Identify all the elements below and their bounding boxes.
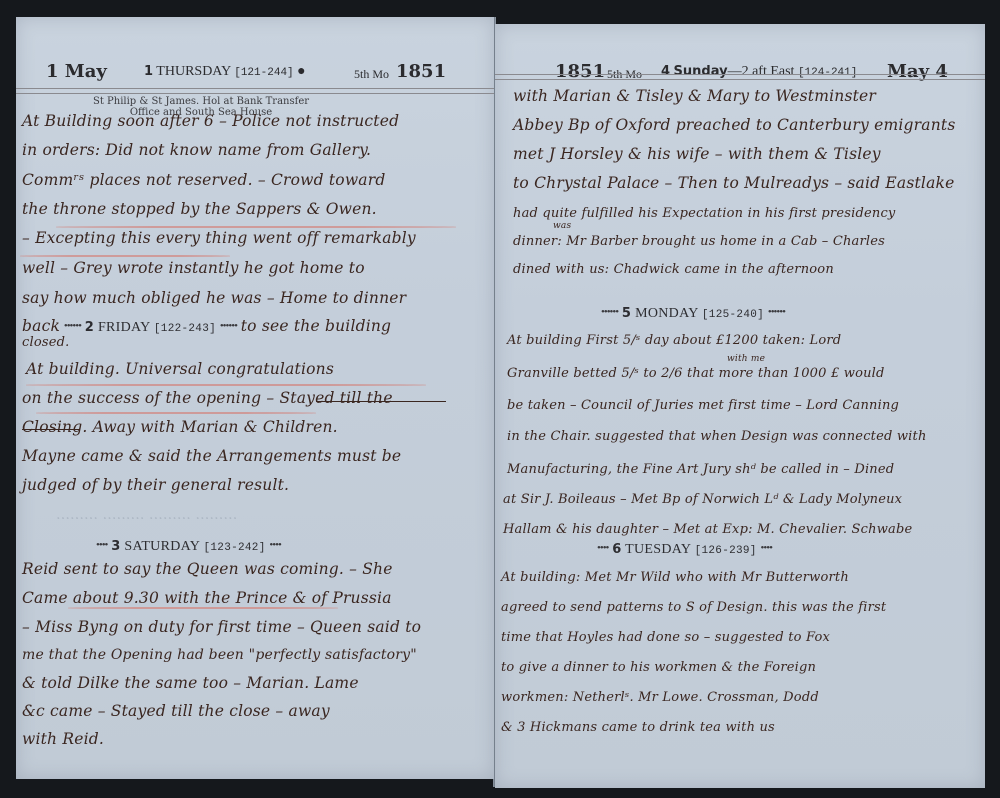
handwritten-line: Abbey Bp of Oxford preached to Canterbur… bbox=[513, 116, 955, 134]
header-rule bbox=[495, 74, 985, 80]
handwritten-line: Closing. Away with Marian & Children. bbox=[22, 418, 338, 436]
handwritten-line: to Chrystal Palace – Then to Mulreadys –… bbox=[513, 174, 955, 192]
handwritten-line: & 3 Hickmans came to drink tea with us bbox=[501, 720, 775, 735]
handwritten-line: dined with us: Chadwick came in the afte… bbox=[513, 262, 834, 277]
handwritten-line: dinner: Mr Barber brought us home in a C… bbox=[513, 234, 885, 249]
handwritten-line: time that Hoyles had done so – suggested… bbox=[501, 630, 830, 645]
date-corner: 1 May bbox=[46, 61, 107, 82]
handwritten-line: had quite fulfilled his Expectation in h… bbox=[513, 206, 895, 221]
handwritten-insert: with me bbox=[727, 354, 765, 364]
handwritten-line: at Sir J. Boileaus – Met Bp of Norwich L… bbox=[503, 492, 902, 507]
month-label: 5th Mo bbox=[354, 67, 389, 82]
red-underline bbox=[26, 384, 426, 386]
moon-phase-icon: ● bbox=[297, 64, 305, 79]
handwritten-line: met J Horsley & his wife – with them & T… bbox=[513, 145, 881, 163]
handwritten-line: in the Chair. suggested that when Design… bbox=[507, 429, 927, 444]
handwritten-line: At building. Universal congratulations bbox=[26, 360, 334, 378]
handwritten-insert: was bbox=[553, 221, 571, 231]
red-underline bbox=[68, 607, 338, 609]
bleed-through-text: ……… ……… ……… ……… bbox=[56, 507, 237, 523]
handwritten-line: workmen: Netherlˢ. Mr Lowe. Crossman, Do… bbox=[501, 690, 819, 705]
handwritten-line: the throne stopped by the Sappers & Owen… bbox=[22, 200, 377, 218]
header-rule bbox=[16, 88, 494, 94]
strikethrough bbox=[316, 401, 446, 402]
handwritten-line: Came about 9.30 with the Prince & of Pru… bbox=[22, 589, 392, 607]
year: 1851 bbox=[396, 61, 446, 82]
handwritten-line: be taken – Council of Juries met first t… bbox=[507, 398, 899, 413]
handwritten-line: Reid sent to say the Queen was coming. –… bbox=[22, 560, 393, 578]
handwritten-line: with Marian & Tisley & Mary to Westminst… bbox=[513, 87, 876, 105]
handwritten-line: Granville betted 5/ˢ to 2/6 that more th… bbox=[507, 366, 885, 381]
handwritten-line: Mayne came & said the Arrangements must … bbox=[22, 447, 401, 465]
monday-header: •••••• 5 MONDAY [125-240] •••••• bbox=[601, 306, 785, 322]
handwritten-line: say how much obliged he was – Home to di… bbox=[22, 289, 406, 307]
friday-header: back •••••• 2 FRIDAY [122-243] •••••• to… bbox=[22, 317, 391, 336]
handwritten-line: judged of by their general result. bbox=[22, 476, 289, 494]
handwritten-line: closed. bbox=[22, 335, 69, 350]
handwritten-line: At Building soon after 6 – Police not in… bbox=[22, 112, 399, 130]
handwritten-line: – Excepting this every thing went off re… bbox=[22, 229, 416, 247]
handwritten-line: with Reid. bbox=[22, 730, 104, 748]
handwritten-line: &c came – Stayed till the close – away bbox=[22, 702, 330, 720]
handwritten-line: to give a dinner to his workmen & the Fo… bbox=[501, 660, 816, 675]
handwritten-line: At building: Met Mr Wild who with Mr But… bbox=[501, 570, 849, 585]
strikethrough bbox=[22, 429, 80, 430]
handwritten-line: – Miss Byng on duty for first time – Que… bbox=[22, 618, 421, 636]
handwritten-line: on the success of the opening – Stayed t… bbox=[22, 389, 393, 407]
handwritten-line: & told Dilke the same too – Marian. Lame bbox=[22, 674, 359, 692]
handwritten-line: in orders: Did not know name from Galler… bbox=[22, 141, 371, 159]
handwritten-line: well – Grey wrote instantly he got home … bbox=[22, 259, 365, 277]
right-page: 1851 5th Mo 4 Sunday—2 aft East [124-241… bbox=[495, 24, 985, 788]
handwritten-line: agreed to send patterns to S of Design. … bbox=[501, 600, 886, 615]
red-underline bbox=[20, 255, 230, 257]
handwritten-line: Hallam & his daughter – Met at Exp: M. C… bbox=[503, 522, 912, 537]
saturday-header: •••• 3 SATURDAY [123-242] •••• bbox=[96, 539, 281, 555]
left-page-header: 1 May 1 THURSDAY [121-244] ● 5th Mo 1851 bbox=[16, 61, 494, 89]
tuesday-header: •••• 6 TUESDAY [126-239] •••• bbox=[597, 542, 772, 558]
handwritten-line: Commʳˢ places not reserved. – Crowd towa… bbox=[22, 171, 385, 189]
day-heading: 1 THURSDAY [121-244] ● bbox=[144, 64, 306, 80]
red-underline bbox=[56, 226, 456, 228]
handwritten-line: Manufacturing, the Fine Art Jury shᵈ be … bbox=[507, 462, 894, 477]
left-page: 1 May 1 THURSDAY [121-244] ● 5th Mo 1851… bbox=[16, 17, 494, 779]
red-underline bbox=[36, 412, 316, 414]
handwritten-line: me that the Opening had been "perfectly … bbox=[22, 647, 417, 663]
handwritten-line: At building First 5/ˢ day about £1200 ta… bbox=[507, 333, 841, 348]
